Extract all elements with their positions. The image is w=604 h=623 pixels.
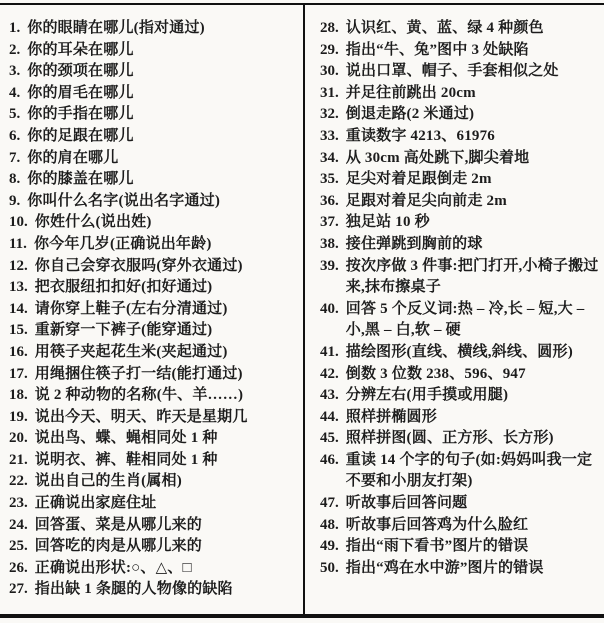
checklist-item: 15. 重新穿一下裤子(能穿通过): [9, 320, 299, 342]
checklist-item: 49. 指出“雨下看书”图片的错误: [320, 536, 600, 558]
item-text: 你的手指在哪儿: [27, 104, 299, 126]
item-text: 你的眉毛在哪儿: [27, 83, 299, 105]
item-number: 36.: [320, 191, 339, 213]
item-number: 24.: [9, 515, 28, 537]
checklist-item: 38. 接住弹跳到胸前的球: [320, 234, 600, 256]
checklist-item: 31. 并足往前跳出 20cm: [320, 83, 600, 105]
item-number: 12.: [9, 256, 28, 278]
item-number: 31.: [320, 83, 339, 105]
item-text: 倒数 3 位数 238、596、947: [346, 364, 600, 386]
item-text: 分辨左右(用手摸或用腿): [346, 385, 600, 407]
item-text: 照样拼椭圆形: [346, 407, 600, 429]
item-text: 听故事后回答问题: [346, 493, 600, 515]
checklist-item: 11. 你今年几岁(正确说出年龄): [9, 234, 299, 256]
item-number: 15.: [9, 320, 28, 342]
checklist-item: 30. 说出口罩、帽子、手套相似之处: [320, 61, 600, 83]
item-number: 22.: [9, 471, 28, 493]
item-text: 接住弹跳到胸前的球: [346, 234, 600, 256]
checklist-item: 34. 从 30cm 高处跳下,脚尖着地: [320, 148, 600, 170]
item-number: 30.: [320, 61, 339, 83]
item-text: 说 2 种动物的名称(牛、羊……): [35, 385, 299, 407]
item-text: 请你穿上鞋子(左右分清通过): [35, 299, 299, 321]
item-number: 11.: [9, 234, 27, 256]
checklist-item: 2. 你的耳朵在哪儿: [9, 40, 299, 62]
item-number: 32.: [320, 104, 339, 126]
checklist-item: 47. 听故事后回答问题: [320, 493, 600, 515]
checklist-item: 48. 听故事后回答鸡为什么脸红: [320, 515, 600, 537]
item-number: 2.: [9, 40, 20, 62]
checklist-item: 39. 按次序做 3 件事:把门打开,小椅子搬过来,抹布擦桌子: [320, 256, 600, 299]
item-number: 47.: [320, 493, 339, 515]
item-number: 21.: [9, 450, 28, 472]
item-text: 足跟对着足尖向前走 2m: [346, 191, 600, 213]
item-number: 17.: [9, 364, 28, 386]
item-number: 16.: [9, 342, 28, 364]
item-text: 用绳捆住筷子打一结(能打通过): [35, 364, 299, 386]
item-number: 37.: [320, 212, 339, 234]
item-text: 你的足跟在哪儿: [27, 126, 299, 148]
checklist-item: 3. 你的颈项在哪儿: [9, 61, 299, 83]
item-text: 说出自己的生肖(属相): [35, 471, 299, 493]
item-text: 说出口罩、帽子、手套相似之处: [346, 61, 600, 83]
item-number: 7.: [9, 148, 20, 170]
checklist-item: 10. 你姓什么(说出姓): [9, 212, 299, 234]
column-divider-line: [303, 3, 305, 618]
checklist-item: 46. 重读 14 个字的句子(如:妈妈叫我一定不要和小朋友打架): [320, 450, 600, 493]
checklist-item: 21. 说明衣、裤、鞋相同处 1 种: [9, 450, 299, 472]
checklist-item: 26. 正确说出形状:○、△、□: [9, 558, 299, 580]
checklist-item: 12. 你自己会穿衣服吗(穿外衣通过): [9, 256, 299, 278]
item-number: 25.: [9, 536, 28, 558]
item-text: 说出今天、明天、昨天是星期几: [35, 407, 299, 429]
checklist-item: 16. 用筷子夹起花生米(夹起通过): [9, 342, 299, 364]
item-text: 倒退走路(2 米通过): [346, 104, 600, 126]
item-number: 20.: [9, 428, 28, 450]
item-number: 35.: [320, 169, 339, 191]
checklist-page: 1. 你的眼睛在哪儿(指对通过) 2. 你的耳朵在哪儿 3. 你的颈项在哪儿 4…: [0, 0, 604, 623]
item-text: 回答蛋、菜是从哪儿来的: [35, 515, 299, 537]
item-text: 你叫什么名字(说出名字通过): [27, 191, 299, 213]
item-number: 45.: [320, 428, 339, 450]
item-text: 你的耳朵在哪儿: [27, 40, 299, 62]
item-number: 10.: [9, 212, 28, 234]
checklist-item: 1. 你的眼睛在哪儿(指对通过): [9, 18, 299, 40]
item-text: 你姓什么(说出姓): [35, 212, 299, 234]
checklist-item: 7. 你的肩在哪儿: [9, 148, 299, 170]
item-number: 29.: [320, 40, 339, 62]
checklist-item: 44. 照样拼椭圆形: [320, 407, 600, 429]
item-text: 并足往前跳出 20cm: [346, 83, 600, 105]
item-text: 你的眼睛在哪儿(指对通过): [27, 18, 299, 40]
bottom-border-line: [0, 614, 604, 618]
item-number: 41.: [320, 342, 339, 364]
checklist-item: 41. 描绘图形(直线、横线,斜线、圆形): [320, 342, 600, 364]
checklist-item: 19. 说出今天、明天、昨天是星期几: [9, 407, 299, 429]
item-text: 照样拼图(圆、正方形、长方形): [346, 428, 600, 450]
item-text: 你今年几岁(正确说出年龄): [34, 234, 299, 256]
checklist-item: 22. 说出自己的生肖(属相): [9, 471, 299, 493]
item-number: 4.: [9, 83, 20, 105]
checklist-item: 14. 请你穿上鞋子(左右分清通过): [9, 299, 299, 321]
checklist-item: 13. 把衣服纽扣扣好(扣好通过): [9, 277, 299, 299]
item-text: 独足站 10 秒: [346, 212, 600, 234]
item-number: 33.: [320, 126, 339, 148]
item-number: 42.: [320, 364, 339, 386]
checklist-item: 43. 分辨左右(用手摸或用腿): [320, 385, 600, 407]
item-number: 49.: [320, 536, 339, 558]
item-number: 23.: [9, 493, 28, 515]
item-text: 重读数字 4213、61976: [346, 126, 600, 148]
checklist-item: 8. 你的膝盖在哪儿: [9, 169, 299, 191]
item-number: 14.: [9, 299, 28, 321]
item-number: 28.: [320, 18, 339, 40]
checklist-item: 17. 用绳捆住筷子打一结(能打通过): [9, 364, 299, 386]
item-number: 38.: [320, 234, 339, 256]
item-text: 用筷子夹起花生米(夹起通过): [35, 342, 299, 364]
item-text: 说明衣、裤、鞋相同处 1 种: [35, 450, 299, 472]
item-text: 你的膝盖在哪儿: [27, 169, 299, 191]
checklist-item: 45. 照样拼图(圆、正方形、长方形): [320, 428, 600, 450]
item-number: 19.: [9, 407, 28, 429]
item-number: 39.: [320, 256, 339, 278]
checklist-item: 4. 你的眉毛在哪儿: [9, 83, 299, 105]
checklist-item: 9. 你叫什么名字(说出名字通过): [9, 191, 299, 213]
checklist-item: 5. 你的手指在哪儿: [9, 104, 299, 126]
item-number: 9.: [9, 191, 20, 213]
item-number: 27.: [9, 579, 28, 601]
item-number: 13.: [9, 277, 28, 299]
item-text: 回答吃的肉是从哪儿来的: [35, 536, 299, 558]
item-text: 描绘图形(直线、横线,斜线、圆形): [346, 342, 600, 364]
checklist-item: 35. 足尖对着足跟倒走 2m: [320, 169, 600, 191]
checklist-item: 42. 倒数 3 位数 238、596、947: [320, 364, 600, 386]
item-text: 指出“鸡在水中游”图片的错误: [346, 558, 600, 580]
item-text: 你自己会穿衣服吗(穿外衣通过): [35, 256, 299, 278]
item-text: 按次序做 3 件事:把门打开,小椅子搬过来,抹布擦桌子: [346, 256, 600, 299]
item-number: 40.: [320, 299, 339, 321]
item-text: 把衣服纽扣扣好(扣好通过): [35, 277, 299, 299]
item-text: 正确说出家庭住址: [35, 493, 299, 515]
item-text: 你的肩在哪儿: [27, 148, 299, 170]
item-number: 1.: [9, 18, 20, 40]
item-number: 5.: [9, 104, 20, 126]
checklist-item: 36. 足跟对着足尖向前走 2m: [320, 191, 600, 213]
item-text: 认识红、黄、蓝、绿 4 种颜色: [346, 18, 600, 40]
item-text: 足尖对着足跟倒走 2m: [346, 169, 600, 191]
item-number: 8.: [9, 169, 20, 191]
item-number: 26.: [9, 558, 28, 580]
top-border-line: [0, 3, 604, 5]
checklist-item: 33. 重读数字 4213、61976: [320, 126, 600, 148]
item-text: 说出鸟、蝶、蝇相同处 1 种: [35, 428, 299, 450]
item-text: 重读 14 个字的句子(如:妈妈叫我一定不要和小朋友打架): [346, 450, 600, 493]
checklist-item: 23. 正确说出家庭住址: [9, 493, 299, 515]
item-text: 听故事后回答鸡为什么脸红: [346, 515, 600, 537]
item-text: 指出缺 1 条腿的人物像的缺陷: [35, 579, 299, 601]
item-number: 18.: [9, 385, 28, 407]
item-text: 你的颈项在哪儿: [27, 61, 299, 83]
item-number: 6.: [9, 126, 20, 148]
checklist-item: 40. 回答 5 个反义词:热 – 冷,长 – 短,大 – 小,黑 – 白,软 …: [320, 299, 600, 342]
checklist-item: 28. 认识红、黄、蓝、绿 4 种颜色: [320, 18, 600, 40]
checklist-item: 50. 指出“鸡在水中游”图片的错误: [320, 558, 600, 580]
item-text: 从 30cm 高处跳下,脚尖着地: [346, 148, 600, 170]
checklist-item: 29. 指出“牛、兔”图中 3 处缺陷: [320, 40, 600, 62]
item-number: 50.: [320, 558, 339, 580]
item-text: 回答 5 个反义词:热 – 冷,长 – 短,大 – 小,黑 – 白,软 – 硬: [346, 299, 600, 342]
item-number: 3.: [9, 61, 20, 83]
checklist-item: 27. 指出缺 1 条腿的人物像的缺陷: [9, 579, 299, 601]
item-text: 正确说出形状:○、△、□: [35, 558, 299, 580]
checklist-item: 25. 回答吃的肉是从哪儿来的: [9, 536, 299, 558]
checklist-item: 32. 倒退走路(2 米通过): [320, 104, 600, 126]
checklist-item: 20. 说出鸟、蝶、蝇相同处 1 种: [9, 428, 299, 450]
item-number: 46.: [320, 450, 339, 472]
checklist-item: 24. 回答蛋、菜是从哪儿来的: [9, 515, 299, 537]
item-text: 指出“牛、兔”图中 3 处缺陷: [346, 40, 600, 62]
item-number: 44.: [320, 407, 339, 429]
item-number: 43.: [320, 385, 339, 407]
right-column: 28. 认识红、黄、蓝、绿 4 种颜色 29. 指出“牛、兔”图中 3 处缺陷 …: [320, 18, 600, 579]
checklist-item: 37. 独足站 10 秒: [320, 212, 600, 234]
left-column: 1. 你的眼睛在哪儿(指对通过) 2. 你的耳朵在哪儿 3. 你的颈项在哪儿 4…: [9, 18, 299, 601]
item-text: 重新穿一下裤子(能穿通过): [35, 320, 299, 342]
checklist-item: 6. 你的足跟在哪儿: [9, 126, 299, 148]
item-text: 指出“雨下看书”图片的错误: [346, 536, 600, 558]
checklist-item: 18. 说 2 种动物的名称(牛、羊……): [9, 385, 299, 407]
item-number: 34.: [320, 148, 339, 170]
item-number: 48.: [320, 515, 339, 537]
